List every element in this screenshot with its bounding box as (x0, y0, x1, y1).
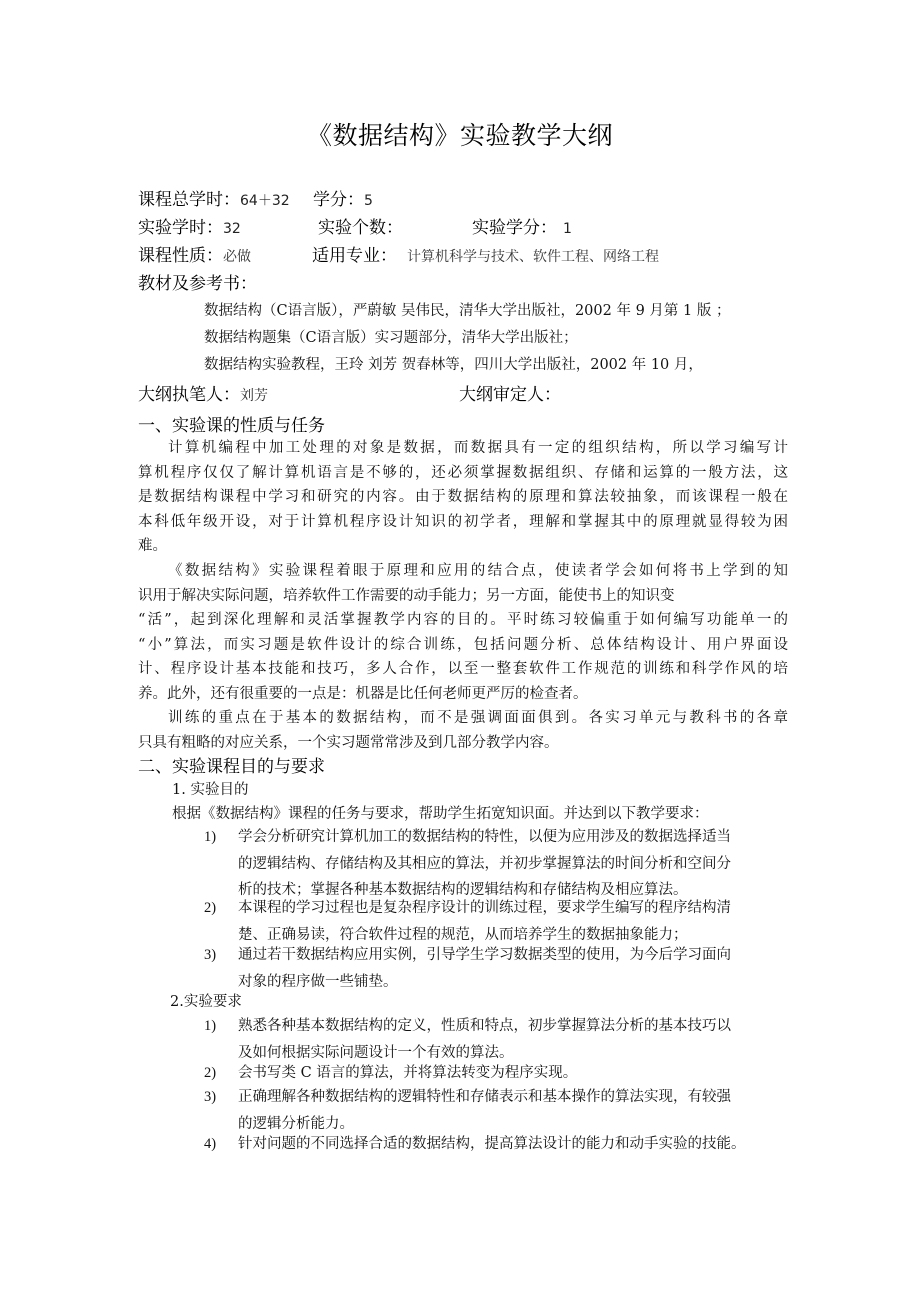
requirement-list-item: 2) 会书写类 C 语言的算法，并将算法转变为程序实现。 (204, 1060, 794, 1087)
credits-value: 5 (364, 193, 373, 209)
requirement-list-item: 3) 正确理解各种数据结构的逻辑特性和存储表示和基本操作的算法实现，有较强 的逻… (204, 1084, 794, 1138)
list-item-line: 对象的程序做一些铺垫。 (238, 969, 788, 996)
list-item-line: 学会分析研究计算机加工的数据结构的特性，以便为应用涉及的数据选择适当 (238, 824, 788, 851)
total-hours-value: 64＋32 (240, 193, 290, 209)
list-item-line: 正确理解各种数据结构的逻辑特性和存储表示和基本操作的算法实现，有较强 (238, 1084, 788, 1111)
lab-hours-value: 32 (223, 221, 241, 237)
paragraph-line: 算机程序仅仅了解计算机语言是不够的，还必须掌握数据组织、存储和运算的一般方法，这 (138, 461, 788, 486)
outline-writer: 大纲执笔人：刘芳 (138, 381, 268, 409)
section-heading-objectives-and-requirements: 二、实验课程目的与要求 (138, 754, 325, 780)
purpose-intro: 根据《数据结构》课程的任务与要求，帮助学生拓宽知识面。并达到以下教学要求： (172, 802, 709, 826)
paragraph-line: 识用于解决实际问题，培养软件工作需要的动手能力；另一方面，能使书上的知识变 (138, 584, 788, 609)
paragraph: 训练的重点在于基本的数据结构，而不是强调面面俱到。各实习单元与教科书的各章 只具… (138, 706, 788, 755)
purpose-list-item: 2) 本课程的学习过程也是复杂程序设计的训练过程，要求学生编写的程序结构清 楚、… (204, 895, 794, 949)
writer-value: 刘芳 (240, 388, 268, 404)
paragraph-line: 计、程序设计基本技能和技巧，多人合作，以至一整套软件工作规范的训练和科学作风的培 (138, 657, 788, 682)
requirement-list-item: 4) 针对问题的不同选择合适的数据结构，提高算法设计的能力和动手实验的技能。 (204, 1131, 794, 1158)
list-item-body: 本课程的学习过程也是复杂程序设计的训练过程，要求学生编写的程序结构清 楚、正确易… (238, 895, 788, 948)
meta-row-hours: 课程总学时：64＋32 (138, 186, 290, 214)
list-item-body: 会书写类 C 语言的算法，并将算法转变为程序实现。 (238, 1060, 788, 1087)
purpose-list-item: 1) 学会分析研究计算机加工的数据结构的特性，以便为应用涉及的数据选择适当 的逻… (204, 824, 794, 904)
list-item-line: 本课程的学习过程也是复杂程序设计的训练过程，要求学生编写的程序结构清 (238, 895, 788, 922)
paragraph-line: 是数据结构课程中学习和研究的内容。由于数据结构的原理和算法较抽象，而该课程一般在 (138, 485, 788, 510)
list-number: 2) (204, 1060, 234, 1087)
textbooks-label: 教材及参考书： (138, 274, 257, 294)
list-item-line: 熟悉各种基本数据结构的定义，性质和特点，初步掌握算法分析的基本技巧以 (238, 1013, 788, 1040)
subsection-heading-purpose: 1. 实验目的 (172, 778, 248, 802)
reference-item: 数据结构实验教程，王玲 刘芳 贺春林等，四川大学出版社，2002 年 10 月， (204, 352, 703, 378)
list-item-line: 会书写类 C 语言的算法，并将算法转变为程序实现。 (238, 1060, 788, 1087)
meta-credits: 学分：5 (313, 186, 373, 214)
purpose-list-item: 3) 通过若干数据结构应用实例，引导学生学习数据类型的使用，为今后学习面向 对象… (204, 942, 794, 996)
paragraph-line: 计算机编程中加工处理的对象是数据，而数据具有一定的组织结构，所以学习编写计 (138, 436, 788, 461)
paragraph-line: 养。此外，还有很重要的一点是：机器是比任何老师更严厉的检查者。 (138, 682, 788, 707)
paragraph-line: 本科低年级开设，对于计算机程序设计知识的初学者，理解和掌握其中的原理就显得较为困 (138, 510, 788, 535)
meta-lab-credits: 实验学分：1 (472, 214, 572, 242)
reference-item: 数据结构题集（C语言版）实习题部分，清华大学出版社； (204, 325, 578, 351)
writer-label: 大纲执笔人： (138, 385, 240, 405)
list-item-body: 学会分析研究计算机加工的数据结构的特性，以便为应用涉及的数据选择适当 的逻辑结构… (238, 824, 788, 904)
meta-row-lab-hours: 实验学时：32 (138, 214, 241, 242)
majors-value: 计算机科学与技术、软件工程、网络工程 (407, 249, 659, 265)
requirement-list-item: 1) 熟悉各种基本数据结构的定义，性质和特点，初步掌握算法分析的基本技巧以 及如… (204, 1013, 794, 1067)
list-number: 3) (204, 942, 234, 969)
course-type-value: 必做 (223, 249, 251, 265)
paragraph-line: “小”算法，而实习题是软件设计的综合训练，包括问题分析、总体结构设计、用户界面设 (138, 633, 788, 658)
list-number: 1) (204, 1013, 234, 1040)
lab-count-label: 实验个数： (318, 218, 403, 238)
list-number: 3) (204, 1084, 234, 1111)
lab-credits-value: 1 (563, 221, 572, 237)
reference-item: 数据结构（C语言版），严蔚敏 吴伟民，清华大学出版社，2002 年 9 月第 1… (204, 298, 730, 324)
document-page: 《数据结构》实验教学大纲 课程总学时：64＋32 学分：5 实验学时：32 实验… (0, 0, 920, 1302)
list-item-body: 通过若干数据结构应用实例，引导学生学习数据类型的使用，为今后学习面向 对象的程序… (238, 942, 788, 995)
paragraph-line: 《数据结构》实验课程着眼于原理和应用的结合点，使读者学会如何将书上学到的知 (138, 559, 788, 584)
list-item-line: 的逻辑结构、存储结构及其相应的算法，并初步掌握算法的时间分析和空间分 (238, 851, 788, 878)
outline-reviewer: 大纲审定人： (459, 381, 561, 409)
paragraph-line: 只具有粗略的对应关系，一个实习题常常涉及到几部分教学内容。 (138, 731, 788, 756)
meta-row-course-type: 课程性质：必做 (138, 242, 251, 270)
lab-credits-label: 实验学分： (472, 218, 557, 238)
list-number: 2) (204, 895, 234, 922)
list-item-line: 针对问题的不同选择合适的数据结构，提高算法设计的能力和动手实验的技能。 (238, 1131, 788, 1158)
majors-label: 适用专业： (312, 246, 397, 266)
list-item-body: 正确理解各种数据结构的逻辑特性和存储表示和基本操作的算法实现，有较强 的逻辑分析… (238, 1084, 788, 1137)
credits-label: 学分： (313, 190, 364, 210)
reviewer-label: 大纲审定人： (459, 385, 561, 405)
paragraph-line: 难。 (138, 534, 788, 559)
total-hours-label: 课程总学时： (138, 190, 240, 210)
list-number: 1) (204, 824, 234, 851)
list-item-body: 熟悉各种基本数据结构的定义，性质和特点，初步掌握算法分析的基本技巧以 及如何根据… (238, 1013, 788, 1066)
paragraph-line: 训练的重点在于基本的数据结构，而不是强调面面俱到。各实习单元与教科书的各章 (138, 706, 788, 731)
subsection-heading-requirements: 2.实验要求 (170, 990, 242, 1014)
list-item-line: 通过若干数据结构应用实例，引导学生学习数据类型的使用，为今后学习面向 (238, 942, 788, 969)
lab-hours-label: 实验学时： (138, 218, 223, 238)
meta-lab-count: 实验个数： (318, 214, 403, 242)
document-title: 《数据结构》实验教学大纲 (0, 118, 920, 154)
paragraph: 计算机编程中加工处理的对象是数据，而数据具有一定的组织结构，所以学习编写计 算机… (138, 436, 788, 559)
meta-majors: 适用专业：计算机科学与技术、软件工程、网络工程 (312, 242, 659, 270)
course-type-label: 课程性质： (138, 246, 223, 266)
list-number: 4) (204, 1131, 234, 1158)
paragraph: 《数据结构》实验课程着眼于原理和应用的结合点，使读者学会如何将书上学到的知 识用… (138, 559, 788, 707)
paragraph-line: “活”，起到深化理解和灵活掌握教学内容的目的。平时练习较偏重于如何编写功能单一的 (138, 608, 788, 633)
meta-row-textbooks: 教材及参考书： (138, 270, 257, 298)
list-item-body: 针对问题的不同选择合适的数据结构，提高算法设计的能力和动手实验的技能。 (238, 1131, 788, 1158)
